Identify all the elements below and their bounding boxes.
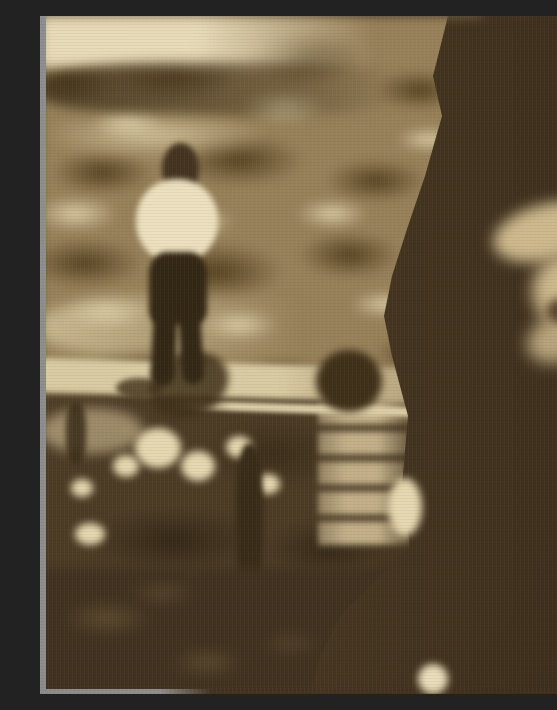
vintage-photograph bbox=[40, 16, 557, 694]
vignette-tint bbox=[40, 16, 557, 694]
